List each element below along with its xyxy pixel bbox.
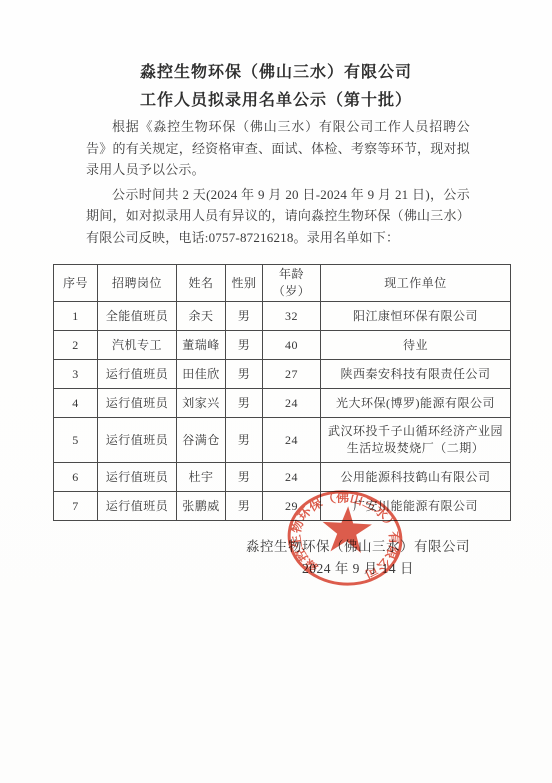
table-cell: 男	[226, 463, 263, 492]
table-cell: 6	[54, 463, 98, 492]
table-row: 2 汽机专工 董瑞峰 男 40 待业	[54, 331, 511, 360]
table-cell: 谷满仓	[177, 418, 226, 463]
table-cell: 汽机专工	[98, 331, 177, 360]
table-cell: 运行值班员	[98, 389, 177, 418]
table-cell: 光大环保(博罗)能源有限公司	[321, 389, 511, 418]
notice-paragraph: 公示时间共 2 天(2024 年 9 月 20 日-2024 年 9 月 21 …	[86, 184, 470, 249]
table-cell: 5	[54, 418, 98, 463]
table-cell: 29	[263, 492, 321, 521]
table-row: 1 全能值班员 余天 男 32 阳江康恒环保有限公司	[54, 302, 511, 331]
signature-block: 淼控生物环保（佛山三水）有限公司 2024 年 9 月 14 日	[246, 536, 470, 580]
announcement-page: 淼控生物环保（佛山三水）有限公司 工作人员拟录用名单公示（第十批） 根据《淼控生…	[0, 0, 552, 783]
table-cell: 待业	[321, 331, 511, 360]
table-cell: 4	[54, 389, 98, 418]
table-cell: 32	[263, 302, 321, 331]
header-cell-name: 姓名	[177, 265, 226, 302]
hired-personnel-table: 序号 招聘岗位 姓名 性别 年龄（岁） 现工作单位 1 全能值班员 余天 男 3…	[53, 264, 511, 521]
title-line-2: 工作人员拟录用名单公示（第十批）	[0, 92, 552, 110]
header-cell-employer: 现工作单位	[321, 265, 511, 302]
table-cell: 田佳欣	[177, 360, 226, 389]
table-cell: 24	[263, 389, 321, 418]
table-cell: 运行值班员	[98, 418, 177, 463]
table-row: 4 运行值班员 刘家兴 男 24 光大环保(博罗)能源有限公司	[54, 389, 511, 418]
table-cell: 余天	[177, 302, 226, 331]
table-cell: 男	[226, 360, 263, 389]
header-cell-age: 年龄（岁）	[263, 265, 321, 302]
header-cell-gender: 性别	[226, 265, 263, 302]
table-cell: 运行值班员	[98, 360, 177, 389]
header-cell-index: 序号	[54, 265, 98, 302]
table-cell: 杜宇	[177, 463, 226, 492]
signature-date: 2024 年 9 月 14 日	[246, 558, 470, 580]
table-cell: 40	[263, 331, 321, 360]
table-cell: 27	[263, 360, 321, 389]
table-cell: 运行值班员	[98, 492, 177, 521]
table-cell: 武汉环投千子山循环经济产业园生活垃圾焚烧厂（二期）	[321, 418, 511, 463]
title-line-1: 淼控生物环保（佛山三水）有限公司	[0, 64, 552, 82]
table-cell: 公用能源科技鹤山有限公司	[321, 463, 511, 492]
table-cell: 24	[263, 418, 321, 463]
table-header-row: 序号 招聘岗位 姓名 性别 年龄（岁） 现工作单位	[54, 265, 511, 302]
body-text: 根据《淼控生物环保（佛山三水）有限公司工作人员招聘公告》的有关规定，经资格审查、…	[0, 116, 552, 248]
table-cell: 运行值班员	[98, 463, 177, 492]
table-cell: 24	[263, 463, 321, 492]
table-cell: 董瑞峰	[177, 331, 226, 360]
table-cell: 广安川能能源有限公司	[321, 492, 511, 521]
table-cell: 男	[226, 302, 263, 331]
header-cell-position: 招聘岗位	[98, 265, 177, 302]
table-row: 5 运行值班员 谷满仓 男 24 武汉环投千子山循环经济产业园生活垃圾焚烧厂（二…	[54, 418, 511, 463]
table-row: 7 运行值班员 张鹏威 男 29 广安川能能源有限公司	[54, 492, 511, 521]
table-cell: 男	[226, 389, 263, 418]
table-row: 3 运行值班员 田佳欣 男 27 陕西秦安科技有限责任公司	[54, 360, 511, 389]
table-cell: 男	[226, 418, 263, 463]
table-row: 6 运行值班员 杜宇 男 24 公用能源科技鹤山有限公司	[54, 463, 511, 492]
table-cell: 全能值班员	[98, 302, 177, 331]
signature-company: 淼控生物环保（佛山三水）有限公司	[246, 536, 470, 558]
table-cell: 男	[226, 492, 263, 521]
table-cell: 男	[226, 331, 263, 360]
table-cell: 张鹏威	[177, 492, 226, 521]
table-cell: 阳江康恒环保有限公司	[321, 302, 511, 331]
table-cell: 3	[54, 360, 98, 389]
table-cell: 1	[54, 302, 98, 331]
table-cell: 陕西秦安科技有限责任公司	[321, 360, 511, 389]
opening-paragraph: 根据《淼控生物环保（佛山三水）有限公司工作人员招聘公告》的有关规定，经资格审查、…	[86, 116, 470, 181]
table-cell: 刘家兴	[177, 389, 226, 418]
table-cell: 2	[54, 331, 98, 360]
document-title: 淼控生物环保（佛山三水）有限公司 工作人员拟录用名单公示（第十批）	[0, 0, 552, 110]
table-cell: 7	[54, 492, 98, 521]
